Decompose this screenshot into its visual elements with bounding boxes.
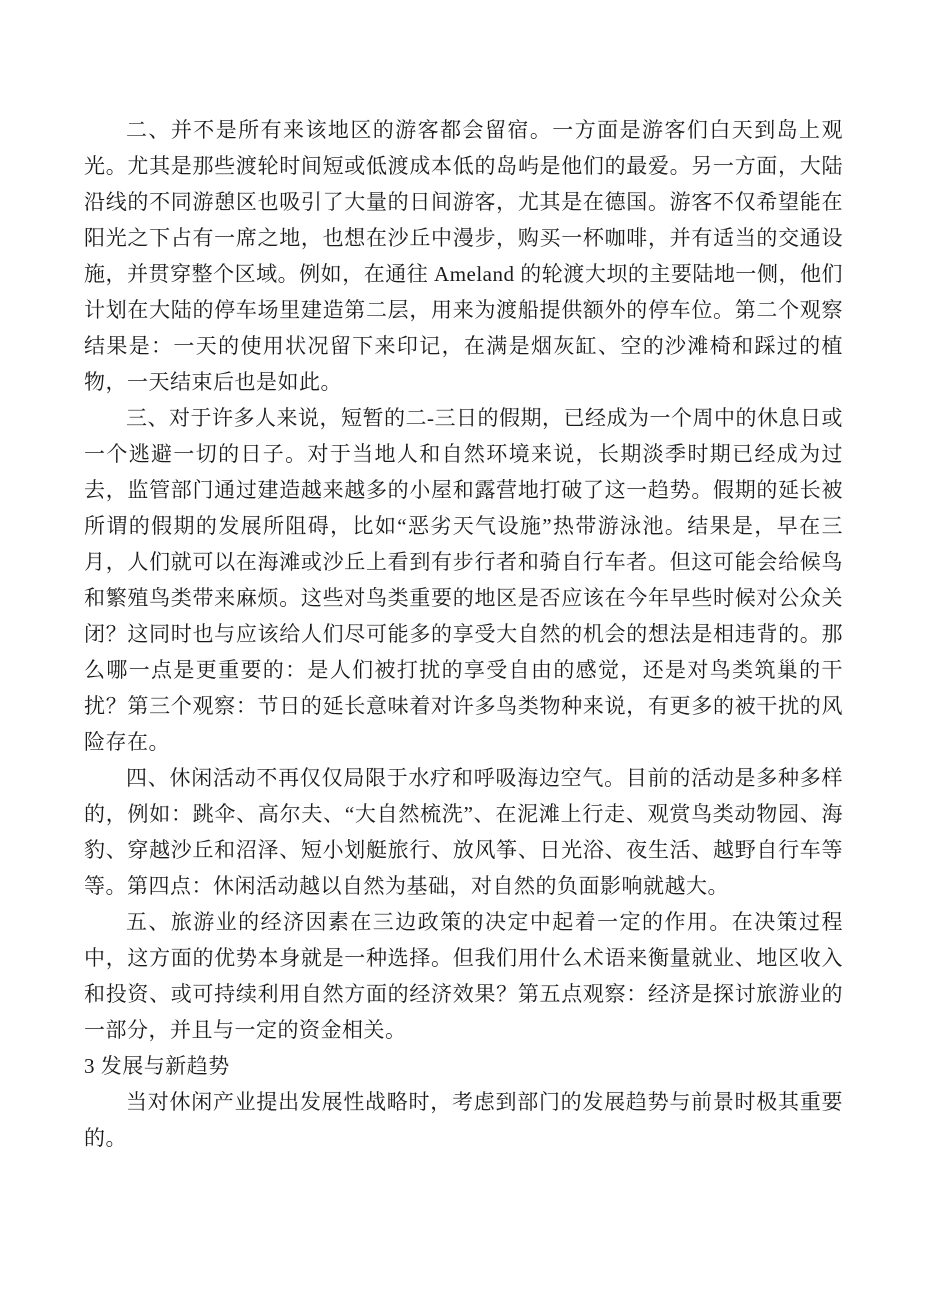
section-heading-development-and-new-trends: 3 发展与新趋势 — [84, 1048, 843, 1084]
document-page: 二、并不是所有来该地区的游客都会留宿。一方面是游客们白天到岛上观光。尤其是那些渡… — [0, 0, 926, 1309]
paragraph-observation-five: 五、旅游业的经济因素在三边政策的决定中起着一定的作用。在决策过程中，这方面的优势… — [84, 904, 843, 1048]
paragraph-observation-four: 四、休闲活动不再仅仅局限于水疗和呼吸海边空气。目前的活动是多种多样的，例如：跳伞… — [84, 760, 843, 904]
paragraph-development-intro: 当对休闲产业提出发展性战略时，考虑到部门的发展趋势与前景时极其重要的。 — [84, 1084, 843, 1156]
paragraph-observation-three: 三、对于许多人来说，短暂的二-三日的假期，已经成为一个周中的休息日或一个逃避一切… — [84, 400, 843, 760]
paragraph-observation-two: 二、并不是所有来该地区的游客都会留宿。一方面是游客们白天到岛上观光。尤其是那些渡… — [84, 112, 843, 400]
